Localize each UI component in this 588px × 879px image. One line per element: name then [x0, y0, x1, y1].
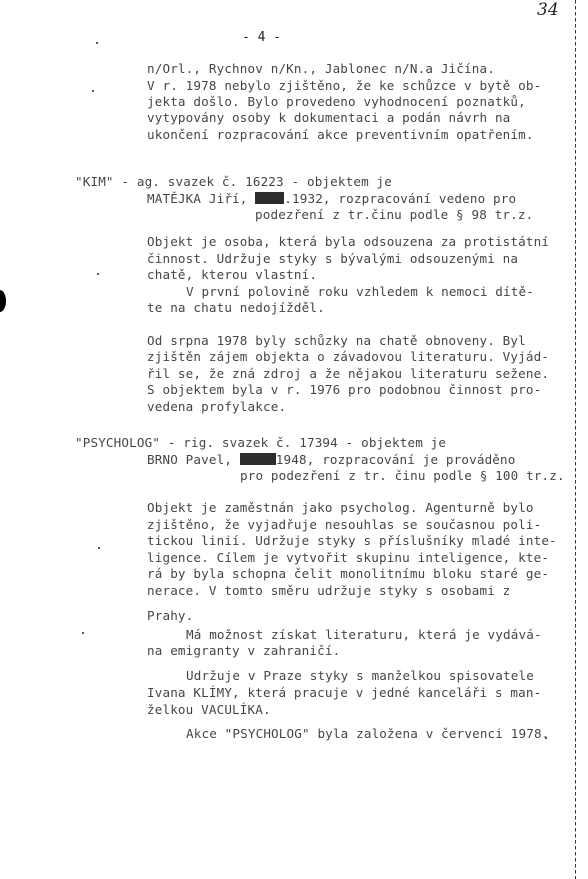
- scan-speck: [92, 90, 94, 92]
- birth-year: .1932, rozpracování vedeno pro: [284, 191, 516, 206]
- text-line: Objekt je zaměstnán jako psycholog. Agen…: [147, 500, 534, 516]
- text-line: zjištěn zájem objekta o závadovou litera…: [147, 349, 549, 365]
- text-line: Objekt je osoba, která byla odsouzena za…: [147, 234, 549, 250]
- redaction-box: [240, 453, 276, 465]
- text-line: želkou VACULÍKA.: [147, 702, 271, 718]
- text-line: řil se, že zná zdroj a že nějakou litera…: [147, 366, 549, 382]
- text-line: Ivana KLÍMY, která pracuje v jedné kance…: [147, 685, 541, 701]
- document-page: 34 - 4 - n/Orl., Rychnov n/Kn., Jablonec…: [0, 0, 588, 879]
- text-line: Má možnost získat literaturu, která je v…: [186, 627, 542, 643]
- scan-speck: [82, 632, 84, 634]
- text-line: nerace. V tomto směru udržuje styky s os…: [147, 583, 510, 599]
- case-header-psycholog: "PSYCHOLOG" - rig. svazek č. 17394 - obj…: [75, 435, 446, 451]
- page-edge-dashed-line: [575, 0, 576, 879]
- page-number: - 4 -: [242, 30, 281, 45]
- text-line: V první polovině roku vzhledem k nemoci …: [186, 284, 534, 300]
- folio-number: 34: [537, 0, 559, 20]
- suspicion-line: pro podezření z tr. činu podle § 100 tr.…: [240, 468, 565, 484]
- text-line: S objektem byla v r. 1976 pro podobnou č…: [147, 382, 541, 398]
- text-line: jekta došlo. Bylo provedeno vyhodnocení …: [147, 94, 526, 110]
- text-line: ligence. Cílem je vytvořit skupinu intel…: [147, 550, 549, 566]
- text-line: na emigranty v zahraničí.: [147, 643, 340, 659]
- text-line: vytypovány osoby k dokumentaci a podán n…: [147, 110, 510, 126]
- scan-speck: [545, 737, 547, 739]
- suspicion-line: podezření z tr.činu podle § 98 tr.z.: [255, 207, 533, 223]
- scan-speck: [97, 273, 99, 275]
- text-line: tickou linií. Udržuje styky s příslušník…: [147, 533, 557, 549]
- subject-name: BRNO Pavel,: [147, 452, 232, 467]
- text-line: V r. 1978 nebylo zjištěno, že ke schůzce…: [147, 78, 541, 94]
- text-line: Udržuje v Praze styky s manželkou spisov…: [186, 668, 534, 684]
- subject-line-kim: MATĚJKA Jiří, .1932, rozpracování vedeno…: [147, 191, 516, 207]
- subject-name: MATĚJKA Jiří,: [147, 191, 248, 206]
- subject-line-psycholog: BRNO Pavel, 1948, rozpracování je provád…: [147, 452, 516, 468]
- scan-speck: [96, 42, 98, 44]
- text-line: Od srpna 1978 byly schůzky na chatě obno…: [147, 333, 526, 349]
- punch-hole: [0, 290, 6, 312]
- birth-year: 1948, rozpracování je prováděno: [276, 452, 516, 467]
- text-line: n/Orl., Rychnov n/Kn., Jablonec n/N.a Ji…: [147, 61, 495, 77]
- text-line: Prahy.: [147, 608, 193, 624]
- scan-speck: [98, 547, 100, 549]
- text-line: ukončení rozpracování akce preventivním …: [147, 127, 534, 143]
- text-line: chatě, kterou vlastní.: [147, 267, 317, 283]
- text-line: rá by byla schopna čelit monolitnímu blo…: [147, 566, 549, 582]
- redaction-box: [255, 192, 284, 204]
- text-line: vedena profylakce.: [147, 399, 286, 415]
- text-line: činnost. Udržuje styky s bývalými odsouz…: [147, 251, 518, 267]
- text-line: zjištěno, že vyjadřuje nesouhlas se souč…: [147, 517, 541, 533]
- case-header-kim: "KIM" - ag. svazek č. 16223 - objektem j…: [75, 174, 392, 190]
- text-line: Akce "PSYCHOLOG" byla založena v červenc…: [186, 726, 549, 742]
- text-line: te na chatu nedojížděl.: [147, 300, 325, 316]
